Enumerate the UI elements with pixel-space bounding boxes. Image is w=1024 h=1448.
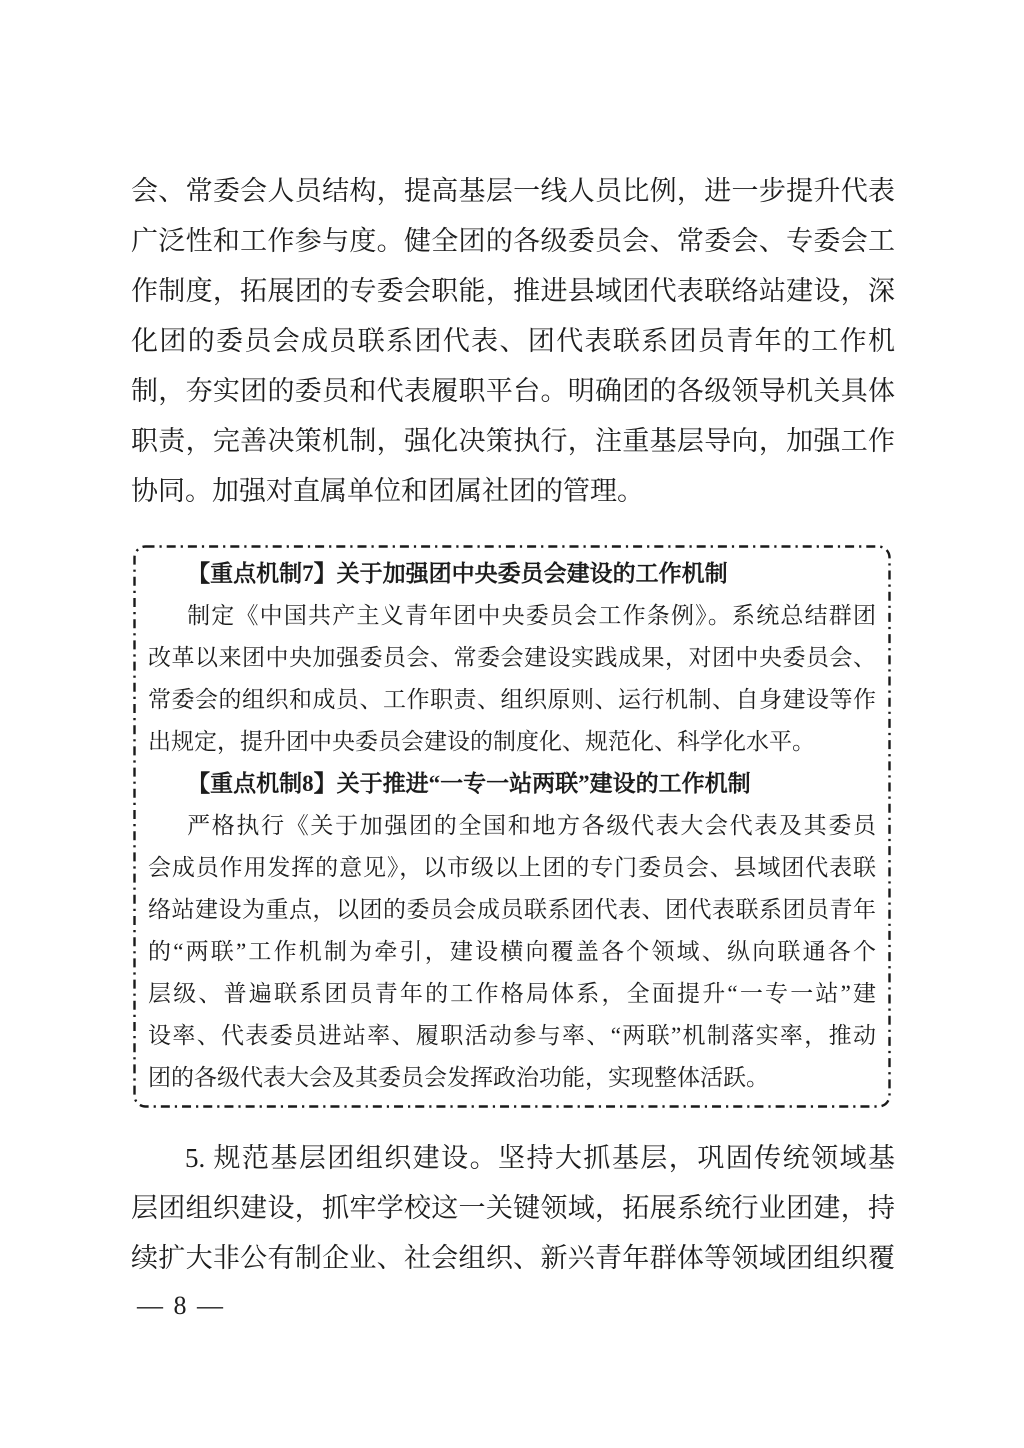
text-line: 广泛性和工作参与度。健全团的各级委员会、常委会、专委会工 bbox=[131, 216, 895, 266]
text-line: 的“两联”工作机制为牵引，建设横向覆盖各个领域、纵向联通各个 bbox=[148, 931, 876, 973]
text-line: 制，夯实团的委员和代表履职平台。明确团的各级领导机关具体 bbox=[131, 366, 895, 416]
text-line: 职责，完善决策机制，强化决策执行，注重基层导向，加强工作 bbox=[131, 416, 895, 466]
text-line: 设率、代表委员进站率、履职活动参与率、“两联”机制落实率，推动 bbox=[148, 1015, 876, 1057]
paragraph-top: 会、常委会人员结构，提高基层一线人员比例，进一步提升代表 广泛性和工作参与度。健… bbox=[131, 166, 895, 516]
text-line: 层团组织建设，抓牢学校这一关键领域，拓展系统行业团建，持 bbox=[131, 1183, 895, 1233]
text-line: 会、常委会人员结构，提高基层一线人员比例，进一步提升代表 bbox=[131, 166, 895, 216]
mechanism-highlight-box: 【重点机制7】关于加强团中央委员会建设的工作机制 制定《中国共产主义青年团中央委… bbox=[133, 545, 891, 1108]
text-line: 层级、普遍联系团员青年的工作格局体系，全面提升“一专一站”建 bbox=[148, 973, 876, 1015]
paragraph-bottom: 5. 规范基层团组织建设。坚持大抓基层，巩固传统领域基 层团组织建设，抓牢学校这… bbox=[131, 1133, 895, 1283]
text-line: 团的各级代表大会及其委员会发挥政治功能，实现整体活跃。 bbox=[148, 1057, 876, 1099]
text-line: 续扩大非公有制企业、社会组织、新兴青年群体等领域团组织覆 bbox=[131, 1233, 895, 1283]
text-line: 协同。加强对直属单位和团属社团的管理。 bbox=[131, 466, 895, 516]
page-number: — 8 — bbox=[137, 1291, 225, 1321]
document-page: 会、常委会人员结构，提高基层一线人员比例，进一步提升代表 广泛性和工作参与度。健… bbox=[0, 0, 1024, 1448]
text-line: 作制度，拓展团的专委会职能，推进县域团代表联络站建设，深 bbox=[131, 266, 895, 316]
text-line: 改革以来团中央加强委员会、常委会建设实践成果，对团中央委员会、 bbox=[148, 637, 876, 679]
text-line: 制定《中国共产主义青年团中央委员会工作条例》。系统总结群团 bbox=[148, 595, 876, 637]
text-line: 络站建设为重点，以团的委员会成员联系团代表、团代表联系团员青年 bbox=[148, 889, 876, 931]
text-line: 化团的委员会成员联系团代表、团代表联系团员青年的工作机 bbox=[131, 316, 895, 366]
text-line: 会成员作用发挥的意见》，以市级以上团的专门委员会、县域团代表联 bbox=[148, 847, 876, 889]
text-line: 常委会的组织和成员、工作职责、组织原则、运行机制、自身建设等作 bbox=[148, 679, 876, 721]
text-line: 出规定，提升团中央委员会建设的制度化、规范化、科学化水平。 bbox=[148, 721, 876, 763]
text-line: 5. 规范基层团组织建设。坚持大抓基层，巩固传统领域基 bbox=[131, 1133, 895, 1183]
mechanism-7-heading: 【重点机制7】关于加强团中央委员会建设的工作机制 bbox=[148, 553, 876, 595]
mechanism-8-heading: 【重点机制8】关于推进“一专一站两联”建设的工作机制 bbox=[148, 763, 876, 805]
mechanism-box-content: 【重点机制7】关于加强团中央委员会建设的工作机制 制定《中国共产主义青年团中央委… bbox=[133, 545, 891, 1099]
text-line: 严格执行《关于加强团的全国和地方各级代表大会代表及其委员 bbox=[148, 805, 876, 847]
